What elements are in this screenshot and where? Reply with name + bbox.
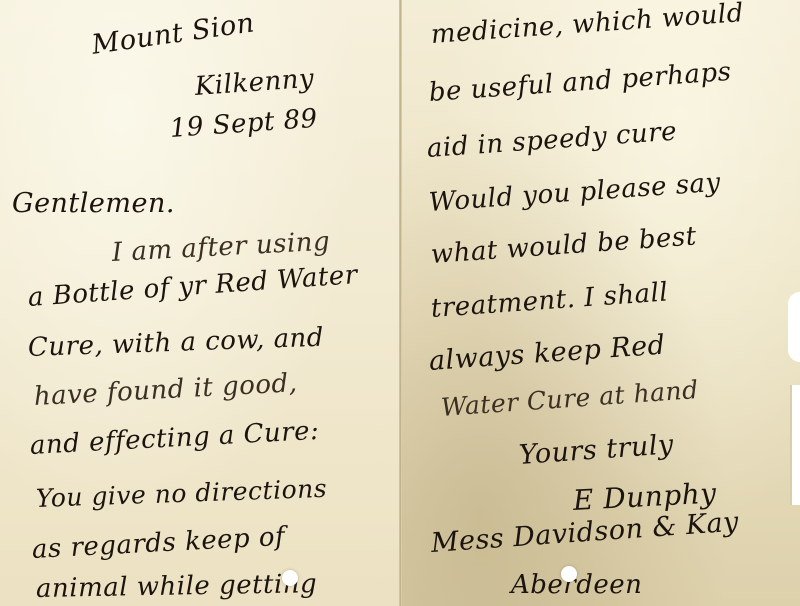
edge-tear (788, 292, 800, 362)
valediction: Yours truly (518, 429, 675, 471)
letter-date: 19 Sept 89 (169, 104, 319, 144)
right-page: medicine, which would be useful and perh… (401, 0, 800, 606)
body-line: always keep Red (428, 330, 667, 377)
address-line-2: Kilkenny (194, 64, 315, 102)
salutation: Gentlemen. (12, 188, 175, 219)
body-line: be useful and perhaps (428, 57, 732, 108)
letter: Mount Sion Kilkenny 19 Sept 89 Gentlemen… (0, 0, 800, 606)
body-line: I am after using (111, 227, 331, 268)
body-line: as regards keep of (31, 522, 286, 565)
address-line-1: Mount Sion (90, 7, 257, 61)
punch-hole (561, 566, 577, 582)
left-page: Mount Sion Kilkenny 19 Sept 89 Gentlemen… (0, 0, 401, 606)
edge-tear (790, 385, 800, 505)
body-line: medicine, which would (430, 0, 745, 50)
body-line: aid in speedy cure (426, 117, 678, 164)
body-line: Would you please say (428, 168, 722, 218)
body-line: have found it good, (33, 368, 298, 412)
body-line: what would be best (430, 221, 698, 269)
body-line: a Bottle of yr Red Water (27, 260, 359, 313)
punch-hole (282, 570, 298, 586)
body-line: and effecting a Cure: (29, 416, 320, 461)
center-fold (399, 0, 402, 606)
body-line: treatment. I shall (430, 277, 669, 324)
body-line: Cure, with a cow, and (27, 323, 324, 363)
body-line: You give no directions (35, 474, 327, 513)
body-line: Water Cure at hand (440, 375, 700, 422)
body-line: animal while getting (36, 569, 318, 604)
